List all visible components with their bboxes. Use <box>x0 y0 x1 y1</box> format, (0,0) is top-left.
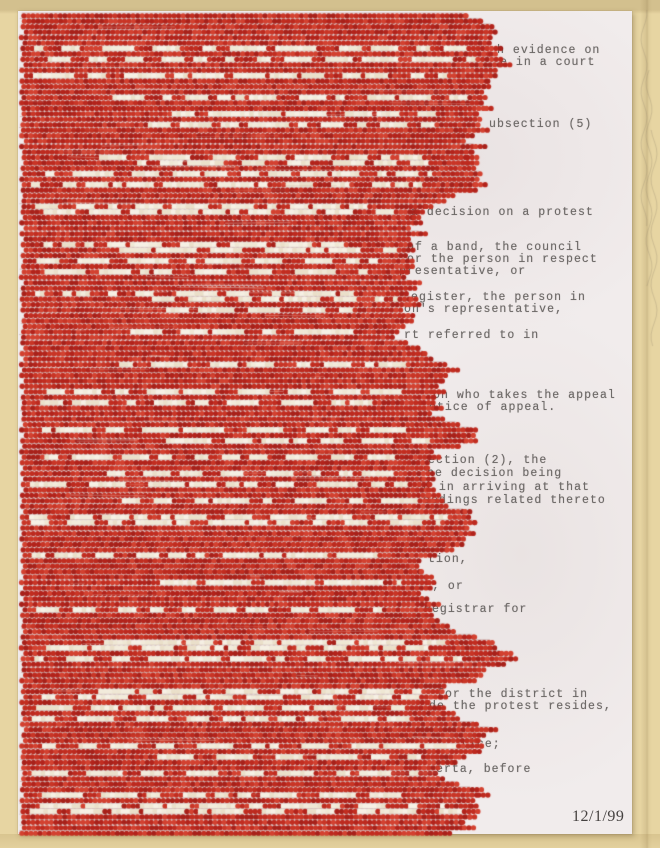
beadwork-overlay <box>0 0 660 848</box>
artwork-photo: h evidence on e in a court ubsection (5)… <box>0 0 660 848</box>
